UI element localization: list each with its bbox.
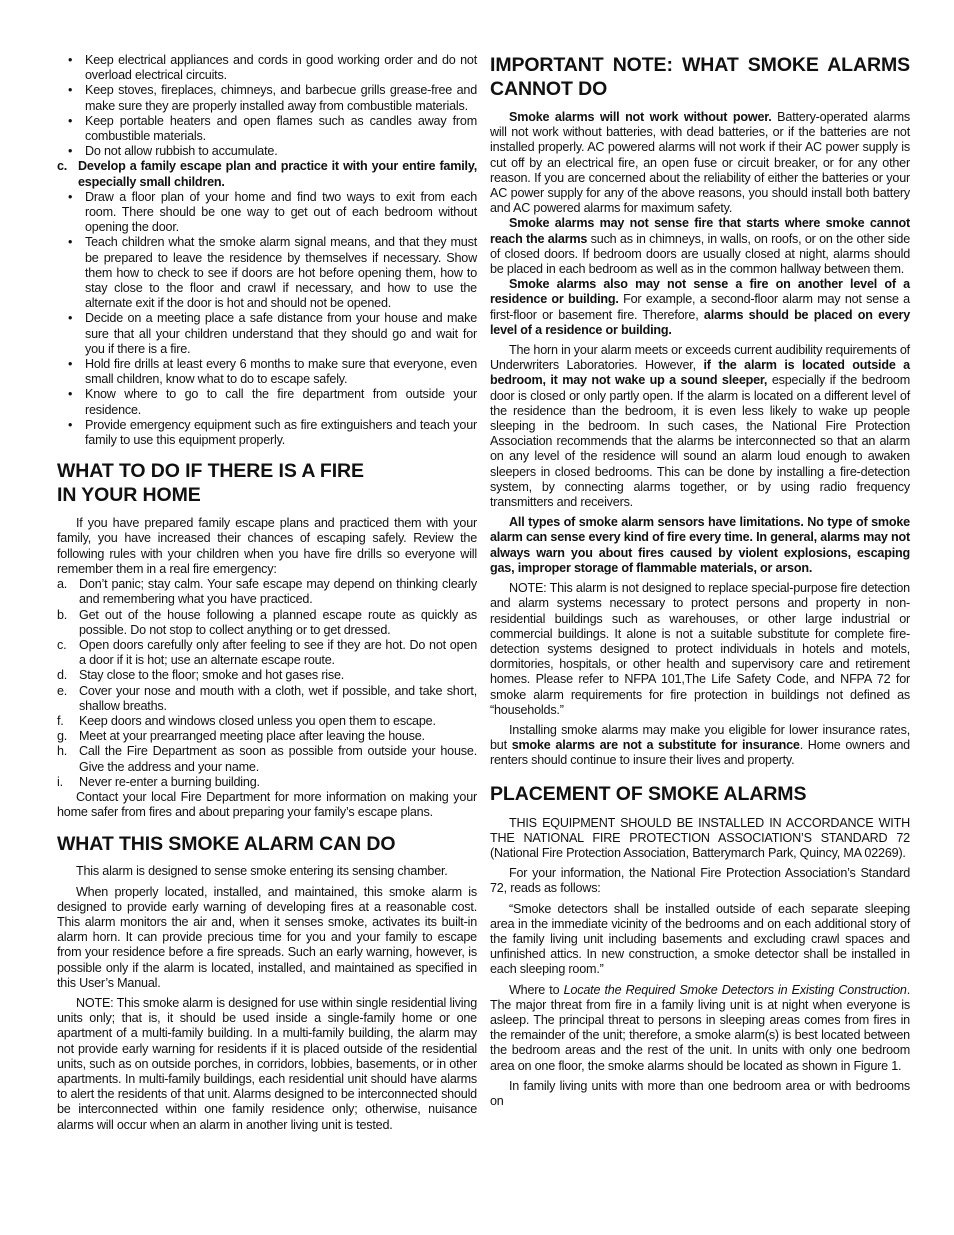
cannot-do-paragraph: The horn in your alarm meets or exceeds … [490,343,910,510]
fire-rule-item: d. Stay close to the floor; smoke and ho… [57,668,477,683]
escape-bullet-item: • Know where to go to call the fire depa… [57,387,477,417]
heading-line: WHAT TO DO IF THERE IS A FIRE [57,459,477,483]
placement-paragraph: THIS EQUIPMENT SHOULD BE INSTALLED IN AC… [490,816,910,862]
item-label: f. [57,714,64,729]
section-heading-placement: PLACEMENT OF SMOKE ALARMS [490,782,910,806]
cannot-do-paragraph: Installing smoke alarms may make you eli… [490,723,910,769]
safety-bullet-item: • Do not allow rubbish to accumulate. [57,144,477,159]
section-heading-fire: WHAT TO DO IF THERE IS A FIRE IN YOUR HO… [57,459,477,507]
manual-page: • Keep electrical appliances and cords i… [0,0,954,1235]
italic-segment: Locate the Required Smoke Detectors in E… [564,983,907,997]
safety-bullet-item: • Keep portable heaters and open flames … [57,114,477,144]
bullet-icon: • [68,357,72,372]
bullet-text: Decide on a meeting place a safe distanc… [85,311,477,355]
heading-line: CANNOT DO [490,77,910,101]
item-label: a. [57,577,67,592]
placement-paragraph: For your information, the National Fire … [490,866,910,896]
fire-outro-paragraph: Contact your local Fire Department for m… [57,790,477,820]
bullet-icon: • [68,114,72,129]
placement-paragraph: In family living units with more than on… [490,1079,910,1109]
placement-quote-paragraph: “Smoke detectors shall be installed outs… [490,902,910,978]
escape-bullet-item: • Decide on a meeting place a safe dista… [57,311,477,357]
lettered-item-c: c. Develop a family escape plan and prac… [57,159,477,189]
bullet-icon: • [68,235,72,250]
fire-rule-item: g. Meet at your prearranged meeting plac… [57,729,477,744]
bullet-text: Know where to go to call the fire depart… [85,387,477,416]
escape-bullet-item: • Draw a floor plan of your home and fin… [57,190,477,236]
escape-bullet-item: • Hold fire drills at least every 6 mont… [57,357,477,387]
can-do-paragraph: When properly located, installed, and ma… [57,885,477,991]
right-column: IMPORTANT NOTE: WHAT SMOKE ALARMS CANNOT… [490,53,910,1109]
cannot-do-paragraph: Smoke alarms also may not sense a fire o… [490,277,910,338]
fire-rule-item: b. Get out of the house following a plan… [57,608,477,638]
escape-bullet-item: • Provide emergency equipment such as fi… [57,418,477,448]
bullet-text: Keep electrical appliances and cords in … [85,53,477,82]
cannot-do-paragraph: All types of smoke alarm sensors have li… [490,515,910,576]
bullet-text: Do not allow rubbish to accumulate. [85,144,278,158]
item-text: Keep doors and windows closed unless you… [79,714,436,728]
bullet-icon: • [68,83,72,98]
bullet-text: Draw a floor plan of your home and find … [85,190,477,234]
text-segment: Where to [509,983,564,997]
fire-rule-item: h. Call the Fire Department as soon as p… [57,744,477,774]
item-text: Stay close to the floor; smoke and hot g… [79,668,344,682]
bullet-icon: • [68,53,72,68]
bullet-text: Teach children what the smoke alarm sign… [85,235,477,310]
fire-rule-item: a. Don’t panic; stay calm. Your safe esc… [57,577,477,607]
item-label: d. [57,668,67,683]
text-segment: especially if the bedroom door is closed… [490,373,910,509]
text-segment: Battery-operated alarms will not work wi… [490,110,910,215]
bold-segment: All types of smoke alarm sensors have li… [490,515,910,575]
fire-intro-paragraph: If you have prepared family escape plans… [57,516,477,577]
left-column: • Keep electrical appliances and cords i… [57,53,477,1133]
fire-rule-item: c. Open doors carefully only after feeli… [57,638,477,668]
can-do-note-paragraph: NOTE: This smoke alarm is designed for u… [57,996,477,1133]
bold-segment: smoke alarms are not a substitute for in… [512,738,800,752]
bullet-icon: • [68,418,72,433]
fire-rule-item: e. Cover your nose and mouth with a clot… [57,684,477,714]
item-text: Get out of the house following a planned… [79,608,477,637]
can-do-paragraph: This alarm is designed to sense smoke en… [57,864,477,879]
heading-line: IMPORTANT NOTE: WHAT SMOKE ALARMS [490,53,910,77]
item-label: i. [57,775,63,790]
item-text: Don’t panic; stay calm. Your safe escape… [79,577,477,606]
bullet-text: Provide emergency equipment such as fire… [85,418,477,447]
item-label: c. [57,159,67,174]
item-label: e. [57,684,67,699]
escape-bullet-item: • Teach children what the smoke alarm si… [57,235,477,311]
bullet-text: Keep stoves, fireplaces, chimneys, and b… [85,83,477,112]
fire-rule-item: f. Keep doors and windows closed unless … [57,714,477,729]
bullet-text: Keep portable heaters and open flames su… [85,114,477,143]
item-label: h. [57,744,67,759]
item-text: Develop a family escape plan and practic… [78,159,477,188]
bullet-icon: • [68,190,72,205]
item-text: Never re-enter a burning building. [79,775,260,789]
bold-segment: Smoke alarms will not work without power… [509,110,772,124]
bullet-icon: • [68,387,72,402]
safety-bullet-item: • Keep stoves, fireplaces, chimneys, and… [57,83,477,113]
cannot-do-note-paragraph: NOTE: This alarm is not designed to repl… [490,581,910,718]
safety-bullet-item: • Keep electrical appliances and cords i… [57,53,477,83]
bullet-icon: • [68,311,72,326]
item-label: g. [57,729,67,744]
item-text: Call the Fire Department as soon as poss… [79,744,477,773]
item-text: Open doors carefully only after feeling … [79,638,477,667]
item-text: Meet at your prearranged meeting place a… [79,729,425,743]
fire-rule-item: i. Never re-enter a burning building. [57,775,477,790]
cannot-do-paragraph: Smoke alarms will not work without power… [490,110,910,216]
item-text: Cover your nose and mouth with a cloth, … [79,684,477,713]
section-heading-can-do: WHAT THIS SMOKE ALARM CAN DO [57,832,477,856]
heading-line: IN YOUR HOME [57,483,477,507]
section-heading-cannot-do: IMPORTANT NOTE: WHAT SMOKE ALARMS CANNOT… [490,53,910,101]
text-segment: NOTE: This alarm is not designed to repl… [490,581,910,717]
item-label: b. [57,608,67,623]
item-label: c. [57,638,66,653]
bullet-icon: • [68,144,72,159]
placement-paragraph: Where to Locate the Required Smoke Detec… [490,983,910,1074]
bullet-text: Hold fire drills at least every 6 months… [85,357,477,386]
cannot-do-paragraph: Smoke alarms may not sense fire that sta… [490,216,910,277]
